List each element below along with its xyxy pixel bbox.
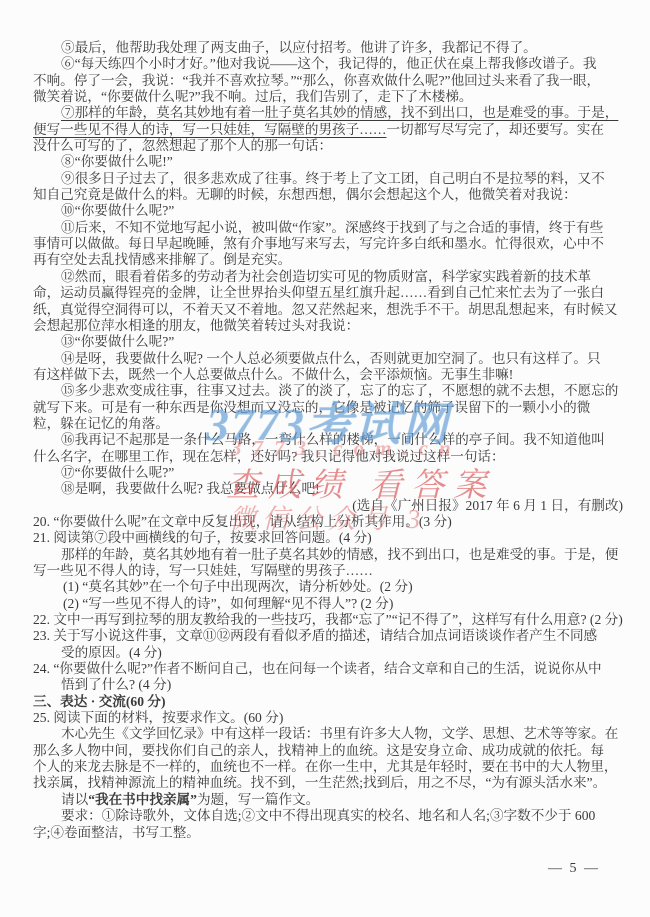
text-segment: 24. “你要做什么呢?”作者不断问自己，也在问每一个读者，结合文章和自己的生活… [33,661,602,676]
document-line: ⑨很多日子过去了，很多悲欢成了往事。终于考上了文工团，自己明白不是拉琴的料，又不 [33,171,623,187]
text-segment: ⑮多少悲欢变成往事，往事又过去。淡了的淡了，忘了的忘了，不愿想的就不去想，不愿忘… [61,383,618,398]
text-segment: 纸，真觉得空洞得可以，不着天又不着地。忽又茫然起来，想洗手不干。胡思乱想起来，有… [33,302,618,317]
document-line: 写一些见不得人的诗，写一只娃娃，写隔壁的男孩子…… [33,563,623,579]
text-segment: 请以 [61,792,88,807]
text-segment: 21. 阅读第⑦段中画横线的句子，按要求回答问题。(4 分) [33,530,372,545]
document-line: 23. 关于写小说这件事，文章⑪⑫两段有看似矛盾的描述，请结合加点词语谈谈作者产… [33,628,623,644]
document-line: ⑱是啊，我要做什么呢? 我总要做点什么吧! [33,481,623,497]
document-line: 便写一些见不得人的诗，写一只娃娃，写隔壁的男孩子……一切都写尽写完了，却还要写。… [33,122,623,138]
document-line: 请以“我在书中找亲属”为题，写一篇作文。 [33,792,623,808]
document-line: 什么名字，在哪里工作，现在怎样，还好吗? 我只记得他对我说过这样一句话： [33,449,623,465]
text-segment: 没什么可写的了，忽然想起了那个人的那一句话： [33,138,332,153]
text-segment: 就写下来。可是有一种东西是你没想而又没忘的，它像是被记忆的筛子误留下的一颗小小的… [33,400,590,415]
document-line: ⑯我再记不起那是一条什么马路，一弯什么样的楼梯，一间什么样的亭子间。我不知道他叫 [33,432,623,448]
document-line: 粒，躲在记忆的角落。 [33,416,623,432]
document-line: (1) “莫名其妙”在一个句子中出现两次，请分析妙处。(2 分) [33,579,623,595]
exam-paper-page: ⑤最后，他帮助我处理了两支曲子，以应付招考。他讲了许多，我都记不得了。⑥“每天练… [0,0,650,917]
text-segment: 要求：①除诗歌外，文体自选;②文中不得出现真实的校名、地名和人名;③字数不少于 … [61,808,595,823]
document-line: ⑭是呀，我要做什么呢? 一个人总必须要做点什么，否则就更加空洞了。也只有这样了。… [33,351,623,367]
document-line: ⑤最后，他帮助我处理了两支曲子，以应付招考。他讲了许多，我都记不得了。 [33,40,623,56]
text-segment: ⑱是啊，我要做什么呢? 我总要做点什么吧! [61,481,320,496]
text-segment: 受的原因。(4 分) [61,645,162,660]
text-segment: 找亲属，找精神源流上的精神血统。找不到，一生茫然;找到后，用之不尽，“为有源头活… [33,775,606,790]
text-segment: 命，运动员赢得锃亮的金牌，让全世界抬头仰望五星红旗升起……看到自己忙来忙去为了一… [33,285,604,300]
text-segment: 23. 关于写小说这件事，文章⑪⑫两段有看似矛盾的描述，请结合加点词语谈谈作者产… [33,628,597,643]
text-segment: 不响。停了一会，我说：“我并不喜欢拉琴。”“那么，你喜欢做什么呢?”他回过头来看… [33,73,600,88]
text-segment: 有这样做下去，既然一个人总要做点什么。不做什么，会平添烦恼。无事生非嘛! [33,367,513,382]
text-segment: ⑥“每天练四个小时才好。”他对我说——这个，我记得的，他正伏在桌上帮我修改谱子。… [61,56,596,71]
document-line: (2) “写一些见不得人的诗”，如何理解“见不得人”? (2 分) [33,596,623,612]
document-line: 不响。停了一会，我说：“我并不喜欢拉琴。”“那么，你喜欢做什么呢?”他回过头来看… [33,73,623,89]
document-line: 那么多人物中间，要找你们自己的亲人，找精神上的血统。这是安身立命、成功成就的依托… [33,743,623,759]
document-line: 24. “你要做什么呢?”作者不断问自己，也在问每一个读者，结合文章和自己的生活… [33,661,623,677]
document-line: 纸，真觉得空洞得可以，不着天又不着地。忽又茫然起来，想洗手不干。胡思乱想起来，有… [33,302,623,318]
text-segment: 那样的年龄，莫名其妙地有着一肚子莫名其妙的情感，找不到出口，也是难受的事。于是，… [61,547,618,562]
text-segment: “我在书中找亲属” [88,792,197,807]
document-line: 木心先生《文学回忆录》中有这样一段话：书里有许多大人物，文学、思想、艺术等等家。… [33,726,623,742]
text-segment: 微笑着说，“你要做什么呢?”我不响。过后，我们告别了，走下了木楼梯。 [33,89,473,104]
text-segment: 为题，写一篇作文。 [197,792,319,807]
document-line: 找亲属，找精神源流上的精神血统。找不到，一生茫然;找到后，用之不尽，“为有源头活… [33,775,623,791]
text-segment: 个人的来龙去脉是不一样的，血统也不一样。在你一生中，尤其是年轻时，要在书中的大人… [33,759,618,774]
text-segment: ⑫然而，眼看着偌多的劳动者为社会创造切实可见的物质财富，科学家实践着新的技术革 [61,269,591,284]
document-line: 微笑着说，“你要做什么呢?”我不响。过后，我们告别了，走下了木楼梯。 [33,89,623,105]
document-line: ⑫然而，眼看着偌多的劳动者为社会创造切实可见的物质财富，科学家实践着新的技术革 [33,269,623,285]
text-segment: ⑨很多日子过去了，很多悲欢成了往事。终于考上了文工团，自己明白不是拉琴的料，又不 [61,171,605,186]
text-segment: 22. 文中一再写到拉琴的朋友教给我的一些技巧，我都“忘了”“记不得了”，这样写… [33,612,623,627]
document-body: ⑤最后，他帮助我处理了两支曲子，以应付招考。他讲了许多，我都记不得了。⑥“每天练… [33,40,623,841]
text-segment: 木心先生《文学回忆录》中有这样一段话：书里有许多大人物，文学、思想、艺术等等家。… [61,726,618,741]
text-segment: 事情可以做做。每日早起晚睡，煞有介事地写来写去，写完许多白纸和墨水。忙得很欢，心… [33,236,604,251]
document-line: 22. 文中一再写到拉琴的朋友教给我的一些技巧，我都“忘了”“记不得了”，这样写… [33,612,623,628]
text-segment: 20. “你要做什么呢”在文章中反复出现，请从结构上分析其作用。(3 分) [33,514,452,529]
text-segment: (2) “写一些见不得人的诗”，如何理解“见不得人”? (2 分) [63,596,393,611]
document-line: 再有空处去乱找情感来排解了。倒是充实。 [33,252,623,268]
document-line: 受的原因。(4 分) [33,645,623,661]
page-number: — 5 — [548,861,600,877]
text-segment: 什么名字，在哪里工作，现在怎样，还好吗? 我只记得他对我说过这样一句话： [33,449,505,464]
text-segment: ⑰“你要做什么呢?” [61,465,174,480]
document-line: 命，运动员赢得锃亮的金牌，让全世界抬头仰望五星红旗升起……看到自己忙来忙去为了一… [33,285,623,301]
text-segment: ⑬“你要做什么呢?” [61,334,174,349]
document-line: ⑥“每天练四个小时才好。”他对我说——这个，我记得的，他正伏在桌上帮我修改谱子。… [33,56,623,72]
text-segment: ⑪后来，不知不觉地写起小说，被叫做“作家”。深感终于找到了与之合适的事情，终于有… [61,220,603,235]
text-segment: 写一些见不得人的诗，写一只娃娃，写隔壁的男孩子…… [33,563,373,578]
text-segment: ⑧“你要做什么呢!” [61,154,173,169]
text-segment: 那么多人物中间，要找你们自己的亲人，找精神上的血统。这是安身立命、成功成就的依托… [33,743,604,758]
document-line: 悟到了什么? (4 分) [33,677,623,693]
text-segment: (选自《广州日报》2017 年 6 月 1 日，有删改) [352,498,623,513]
document-line: 21. 阅读第⑦段中画横线的句子，按要求回答问题。(4 分) [33,530,623,546]
document-line: ⑰“你要做什么呢?” [33,465,623,481]
document-line: 有这样做下去，既然一个人总要做点什么。不做什么，会平添烦恼。无事生非嘛! [33,367,623,383]
document-line: ⑦那样的年龄，莫名其妙地有着一肚子莫名其妙的情感，找不到出口，也是难受的事。于是… [33,105,623,121]
text-segment: (1) “莫名其妙”在一个句子中出现两次，请分析妙处。(2 分) [63,579,413,594]
text-segment: 25. 阅读下面的材料，按要求作文。(60 分) [33,710,283,725]
document-line: 三、表达 · 交流(60 分) [33,694,623,710]
document-line: 事情可以做做。每日早起晚睡，煞有介事地写来写去，写完许多白纸和墨水。忙得很欢，心… [33,236,623,252]
text-segment: 会想起那位萍水相逢的朋友，他微笑着转过头对我说： [33,318,359,333]
text-segment: ⑦那样的年龄，莫名其妙地有着一肚子莫名其妙的情感，找不到出口，也是难受的事。于是… [61,105,618,120]
document-line: 20. “你要做什么呢”在文章中反复出现，请从结构上分析其作用。(3 分) [33,514,623,530]
text-segment: ⑯我再记不起那是一条什么马路，一弯什么样的楼梯，一间什么样的亭子间。我不知道他叫 [61,432,605,447]
text-segment: 粒，躲在记忆的角落。 [33,416,169,431]
document-line: ⑧“你要做什么呢!” [33,154,623,170]
document-line: 就写下来。可是有一种东西是你没想而又没忘的，它像是被记忆的筛子误留下的一颗小小的… [33,400,623,416]
document-line: 字;④卷面整洁，书写工整。 [33,825,623,841]
text-segment: 三、表达 · 交流(60 分) [33,694,166,709]
document-line: 要求：①除诗歌外，文体自选;②文中不得出现真实的校名、地名和人名;③字数不少于 … [33,808,623,824]
document-line: 会想起那位萍水相逢的朋友，他微笑着转过头对我说： [33,318,623,334]
text-segment: 悟到了什么? (4 分) [61,677,171,692]
text-segment: ⑭是呀，我要做什么呢? 一个人总必须要做点什么，否则就更加空洞了。也只有这样了。… [61,351,601,366]
document-line: 25. 阅读下面的材料，按要求作文。(60 分) [33,710,623,726]
text-segment: 便写一些见不得人的诗，写一只娃娃，写隔壁的男孩子…… [33,122,386,137]
document-line: (选自《广州日报》2017 年 6 月 1 日，有删改) [33,498,623,514]
document-line: 没什么可写的了，忽然想起了那个人的那一句话： [33,138,623,154]
document-line: 那样的年龄，莫名其妙地有着一肚子莫名其妙的情感，找不到出口，也是难受的事。于是，… [33,547,623,563]
text-segment: ⑩“你要做什么呢?” [61,203,174,218]
document-line: ⑬“你要做什么呢?” [33,334,623,350]
text-segment: 字;④卷面整洁，书写工整。 [33,825,200,840]
text-segment: ⑤最后，他帮助我处理了两支曲子，以应付招考。他讲了许多，我都记不得了。 [61,40,537,55]
document-line: ⑮多少悲欢变成往事，往事又过去。淡了的淡了，忘了的忘了，不愿想的就不去想，不愿忘… [33,383,623,399]
document-line: ⑪后来，不知不觉地写起小说，被叫做“作家”。深感终于找到了与之合适的事情，终于有… [33,220,623,236]
document-line: ⑩“你要做什么呢?” [33,203,623,219]
document-line: 个人的来龙去脉是不一样的，血统也不一样。在你一生中，尤其是年轻时，要在书中的大人… [33,759,623,775]
text-segment: 再有空处去乱找情感来排解了。倒是充实。 [33,252,291,267]
text-segment: 知自己究竟是做什么的料。无聊的时候，东想西想，偶尔会想起这个人，他微笑着对我说： [33,187,577,202]
text-segment: 一切都写尽写完了，却还要写。实在 [386,122,604,137]
document-line: 知自己究竟是做什么的料。无聊的时候，东想西想，偶尔会想起这个人，他微笑着对我说： [33,187,623,203]
